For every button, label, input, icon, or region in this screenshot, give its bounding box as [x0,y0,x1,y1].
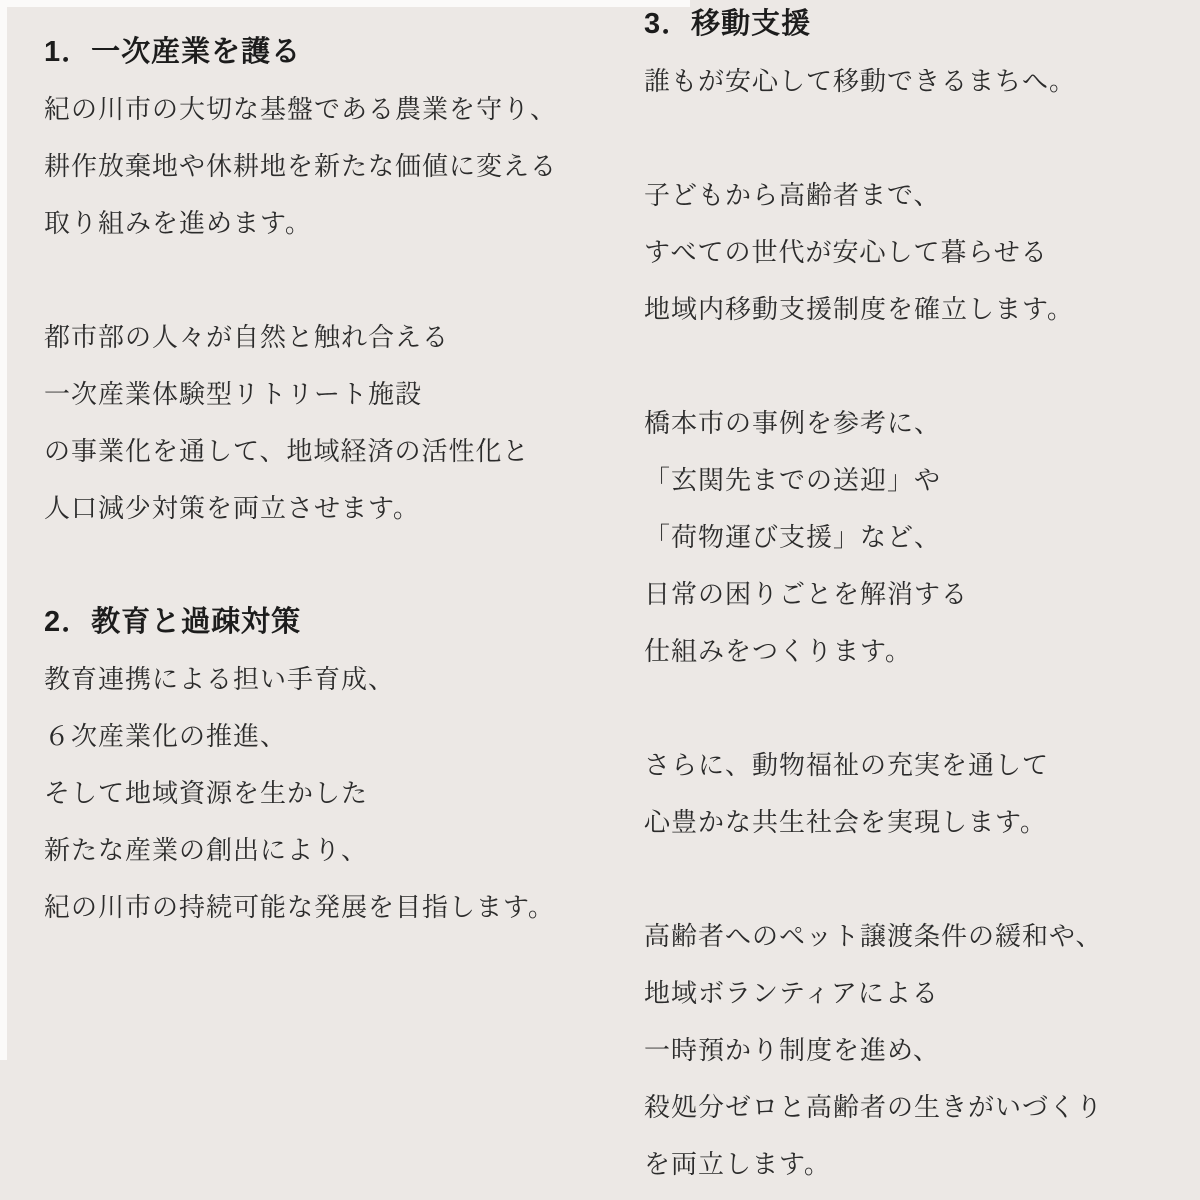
text-line: 子どもから高齢者まで、 [644,167,1200,224]
text-line: 耕作放棄地や休耕地を新たな価値に変える [44,138,604,195]
section-3-paragraph-1: 誰もが安心して移動できるまちへ。 [644,53,1200,110]
section-1-heading: 1．一次産業を護る [44,24,604,81]
right-column: 3．移動支援 誰もが安心して移動できるまちへ。 子どもから高齢者まで、 すべての… [644,0,1200,1193]
text-line: 仕組みをつくります。 [644,623,1200,680]
text-line: 教育連携による担い手育成、 [44,651,604,708]
text-line: 殺処分ゼロと高齢者の生きがいづくり [644,1079,1200,1136]
text-line: 高齢者へのペット譲渡条件の緩和や、 [644,908,1200,965]
text-line: 人口減少対策を両立させます。 [44,480,604,537]
text-line: 心豊かな共生社会を実現します。 [644,794,1200,851]
text-line: 誰もが安心して移動できるまちへ。 [644,53,1200,110]
section-3-paragraph-5: 高齢者へのペット譲渡条件の緩和や、 地域ボランティアによる 一時預かり制度を進め… [644,908,1200,1193]
section-2-paragraph-1: 教育連携による担い手育成、 ６次産業化の推進、 そして地域資源を生かした 新たな… [44,651,604,936]
section-3-paragraph-2: 子どもから高齢者まで、 すべての世代が安心して暮らせる 地域内移動支援制度を確立… [644,167,1200,338]
policy-document-page: 1．一次産業を護る 紀の川市の大切な基盤である農業を守り、 耕作放棄地や休耕地を… [0,0,1200,1200]
text-line: ６次産業化の推進、 [44,708,604,765]
section-3-heading: 3．移動支援 [644,0,1200,53]
text-line: さらに、動物福祉の充実を通して [644,737,1200,794]
text-line: 地域ボランティアによる [644,965,1200,1022]
text-line: 紀の川市の持続可能な発展を目指します。 [44,879,604,936]
text-line: 新たな産業の創出により、 [44,822,604,879]
page-edge-left [0,0,7,1060]
text-line: 都市部の人々が自然と触れ合える [44,309,604,366]
text-line: そして地域資源を生かした [44,765,604,822]
text-line: 一時預かり制度を進め、 [644,1022,1200,1079]
section-1-paragraph-1: 紀の川市の大切な基盤である農業を守り、 耕作放棄地や休耕地を新たな価値に変える … [44,81,604,252]
page-edge-top [0,0,690,7]
text-line: 地域内移動支援制度を確立します。 [644,281,1200,338]
text-line: 日常の困りごとを解消する [644,566,1200,623]
text-line: 一次産業体験型リトリート施設 [44,366,604,423]
section-1-paragraph-2: 都市部の人々が自然と触れ合える 一次産業体験型リトリート施設 の事業化を通して、… [44,309,604,537]
text-line: 「玄関先までの送迎」や [644,452,1200,509]
text-line: の事業化を通して、地域経済の活性化と [44,423,604,480]
section-2-heading: 2．教育と過疎対策 [44,594,604,651]
text-line: 取り組みを進めます。 [44,195,604,252]
text-line: すべての世代が安心して暮らせる [644,224,1200,281]
text-line: 紀の川市の大切な基盤である農業を守り、 [44,81,604,138]
section-3-paragraph-3: 橋本市の事例を参考に、 「玄関先までの送迎」や 「荷物運び支援」など、 日常の困… [644,395,1200,680]
section-3-paragraph-4: さらに、動物福祉の充実を通して 心豊かな共生社会を実現します。 [644,737,1200,851]
text-line: 「荷物運び支援」など、 [644,509,1200,566]
text-line: を両立します。 [644,1136,1200,1193]
text-line: 橋本市の事例を参考に、 [644,395,1200,452]
left-column: 1．一次産業を護る 紀の川市の大切な基盤である農業を守り、 耕作放棄地や休耕地を… [44,24,604,936]
